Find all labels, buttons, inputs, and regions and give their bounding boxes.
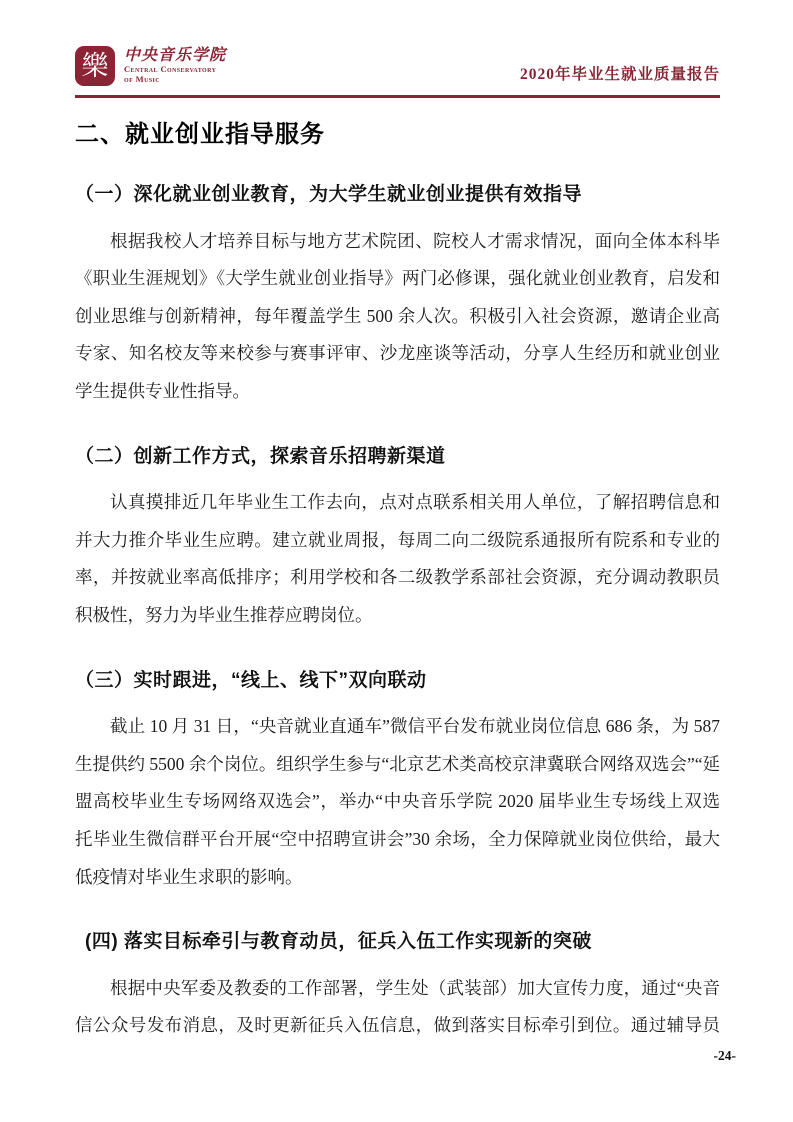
report-section: （三）实时跟进，“线上、线下”双向联动截止 10 月 31 日，“央音就业直通车… (75, 668, 720, 897)
section-heading: （一）深化就业创业教育，为大学生就业创业提供有效指导 (75, 182, 720, 208)
paragraph-line: 并大力推介毕业生应聘。建立就业周报，每周二向二级院系通报所有院系和专业的实时就业 (75, 522, 720, 560)
section-paragraph: 截止 10 月 31 日，“央音就业直通车”微信平台发布就业岗位信息 686 条… (75, 708, 720, 896)
page-title: 二、就业创业指导服务 (75, 114, 720, 149)
section-paragraph: 根据我校人才培养目标与地方艺术院团、院校人才需求情况，面向全体本科毕业生开设《职… (75, 223, 720, 411)
paragraph-line: 盟高校毕业生专场网络双选会”，举办“中央音乐学院 2020 届毕业生专场线上双选… (75, 783, 720, 821)
paragraph-line: 根据中央军委及教委的工作部署，学生处（武装部）加大宣传力度，通过“央音青年”微 (75, 970, 720, 1008)
paragraph-line: 托毕业生微信群平台开展“空中招聘宣讲会”30 余场，全力保障就业岗位供给，最大限… (75, 821, 720, 859)
paragraph-line: 学生提供专业性指导。 (75, 373, 720, 411)
paragraph-line: 《职业生涯规划》《大学生就业创业指导》两门必修课，强化就业创业教育，启发和培养学… (75, 260, 720, 298)
page-header: 樂 中央音乐学院 Central Conservatory of Music 2… (75, 46, 720, 98)
report-header-title: 2020年毕业生就业质量报告 (520, 62, 720, 86)
report-page: 樂 中央音乐学院 Central Conservatory of Music 2… (0, 0, 793, 1122)
paragraph-line: 截止 10 月 31 日，“央音就业直通车”微信平台发布就业岗位信息 686 条… (75, 708, 720, 746)
school-name-cn: 中央音乐学院 (124, 47, 226, 64)
paragraph-line: 根据我校人才培养目标与地方艺术院团、院校人才需求情况，面向全体本科毕业生开设 (75, 223, 720, 261)
school-emblem-icon: 樂 (75, 46, 115, 86)
paragraph-line: 低疫情对毕业生求职的影响。 (75, 859, 720, 897)
report-section: （二）创新工作方式，探索音乐招聘新渠道认真摸排近几年毕业生工作去向，点对点联系相… (75, 444, 720, 635)
paragraph-line: 信公众号发布消息，及时更新征兵入伍信息，做到落实目标牵引到位。通过辅导员做到通知 (75, 1007, 720, 1045)
paragraph-line: 积极性，努力为毕业生推荐应聘岗位。 (75, 597, 720, 635)
page-number: -24- (714, 1048, 737, 1064)
paragraph-line: 专家、知名校友等来校参与赛事评审、沙龙座谈等活动，分享人生经历和就业创业经验，为 (75, 335, 720, 373)
school-name-en-line2: of Music (124, 75, 226, 85)
school-logo-text: 中央音乐学院 Central Conservatory of Music (124, 47, 226, 85)
section-paragraph: 根据中央军委及教委的工作部署，学生处（武装部）加大宣传力度，通过“央音青年”微信… (75, 970, 720, 1045)
section-heading: (四) 落实目标牵引与教育动员，征兵入伍工作实现新的突破 (75, 929, 720, 955)
school-name-en-line1: Central Conservatory (124, 65, 226, 75)
report-section: （一）深化就业创业教育，为大学生就业创业提供有效指导根据我校人才培养目标与地方艺… (75, 182, 720, 411)
section-paragraph: 认真摸排近几年毕业生工作去向，点对点联系相关用人单位，了解招聘信息和岗位需求，并… (75, 484, 720, 634)
sections-container: （一）深化就业创业教育，为大学生就业创业提供有效指导根据我校人才培养目标与地方艺… (75, 182, 720, 1045)
section-heading: （二）创新工作方式，探索音乐招聘新渠道 (75, 444, 720, 470)
paragraph-line: 认真摸排近几年毕业生工作去向，点对点联系相关用人单位，了解招聘信息和岗位需求， (75, 484, 720, 522)
report-section: (四) 落实目标牵引与教育动员，征兵入伍工作实现新的突破根据中央军委及教委的工作… (75, 929, 720, 1045)
paragraph-line: 率，并按就业率高低排序；利用学校和各二级教学系部社会资源，充分调动教职员工、校友 (75, 559, 720, 597)
page-content: 樂 中央音乐学院 Central Conservatory of Music 2… (75, 46, 720, 1045)
school-logo: 樂 中央音乐学院 Central Conservatory of Music (75, 46, 226, 86)
paragraph-line: 创业思维与创新精神，每年覆盖学生 500 余人次。积极引入社会资源，邀请企业高管… (75, 298, 720, 336)
paragraph-line: 生提供约 5500 余个岗位。组织学生参与“北京艺术类高校京津冀联合网络双选会”… (75, 746, 720, 784)
section-heading: （三）实时跟进，“线上、线下”双向联动 (75, 668, 720, 694)
